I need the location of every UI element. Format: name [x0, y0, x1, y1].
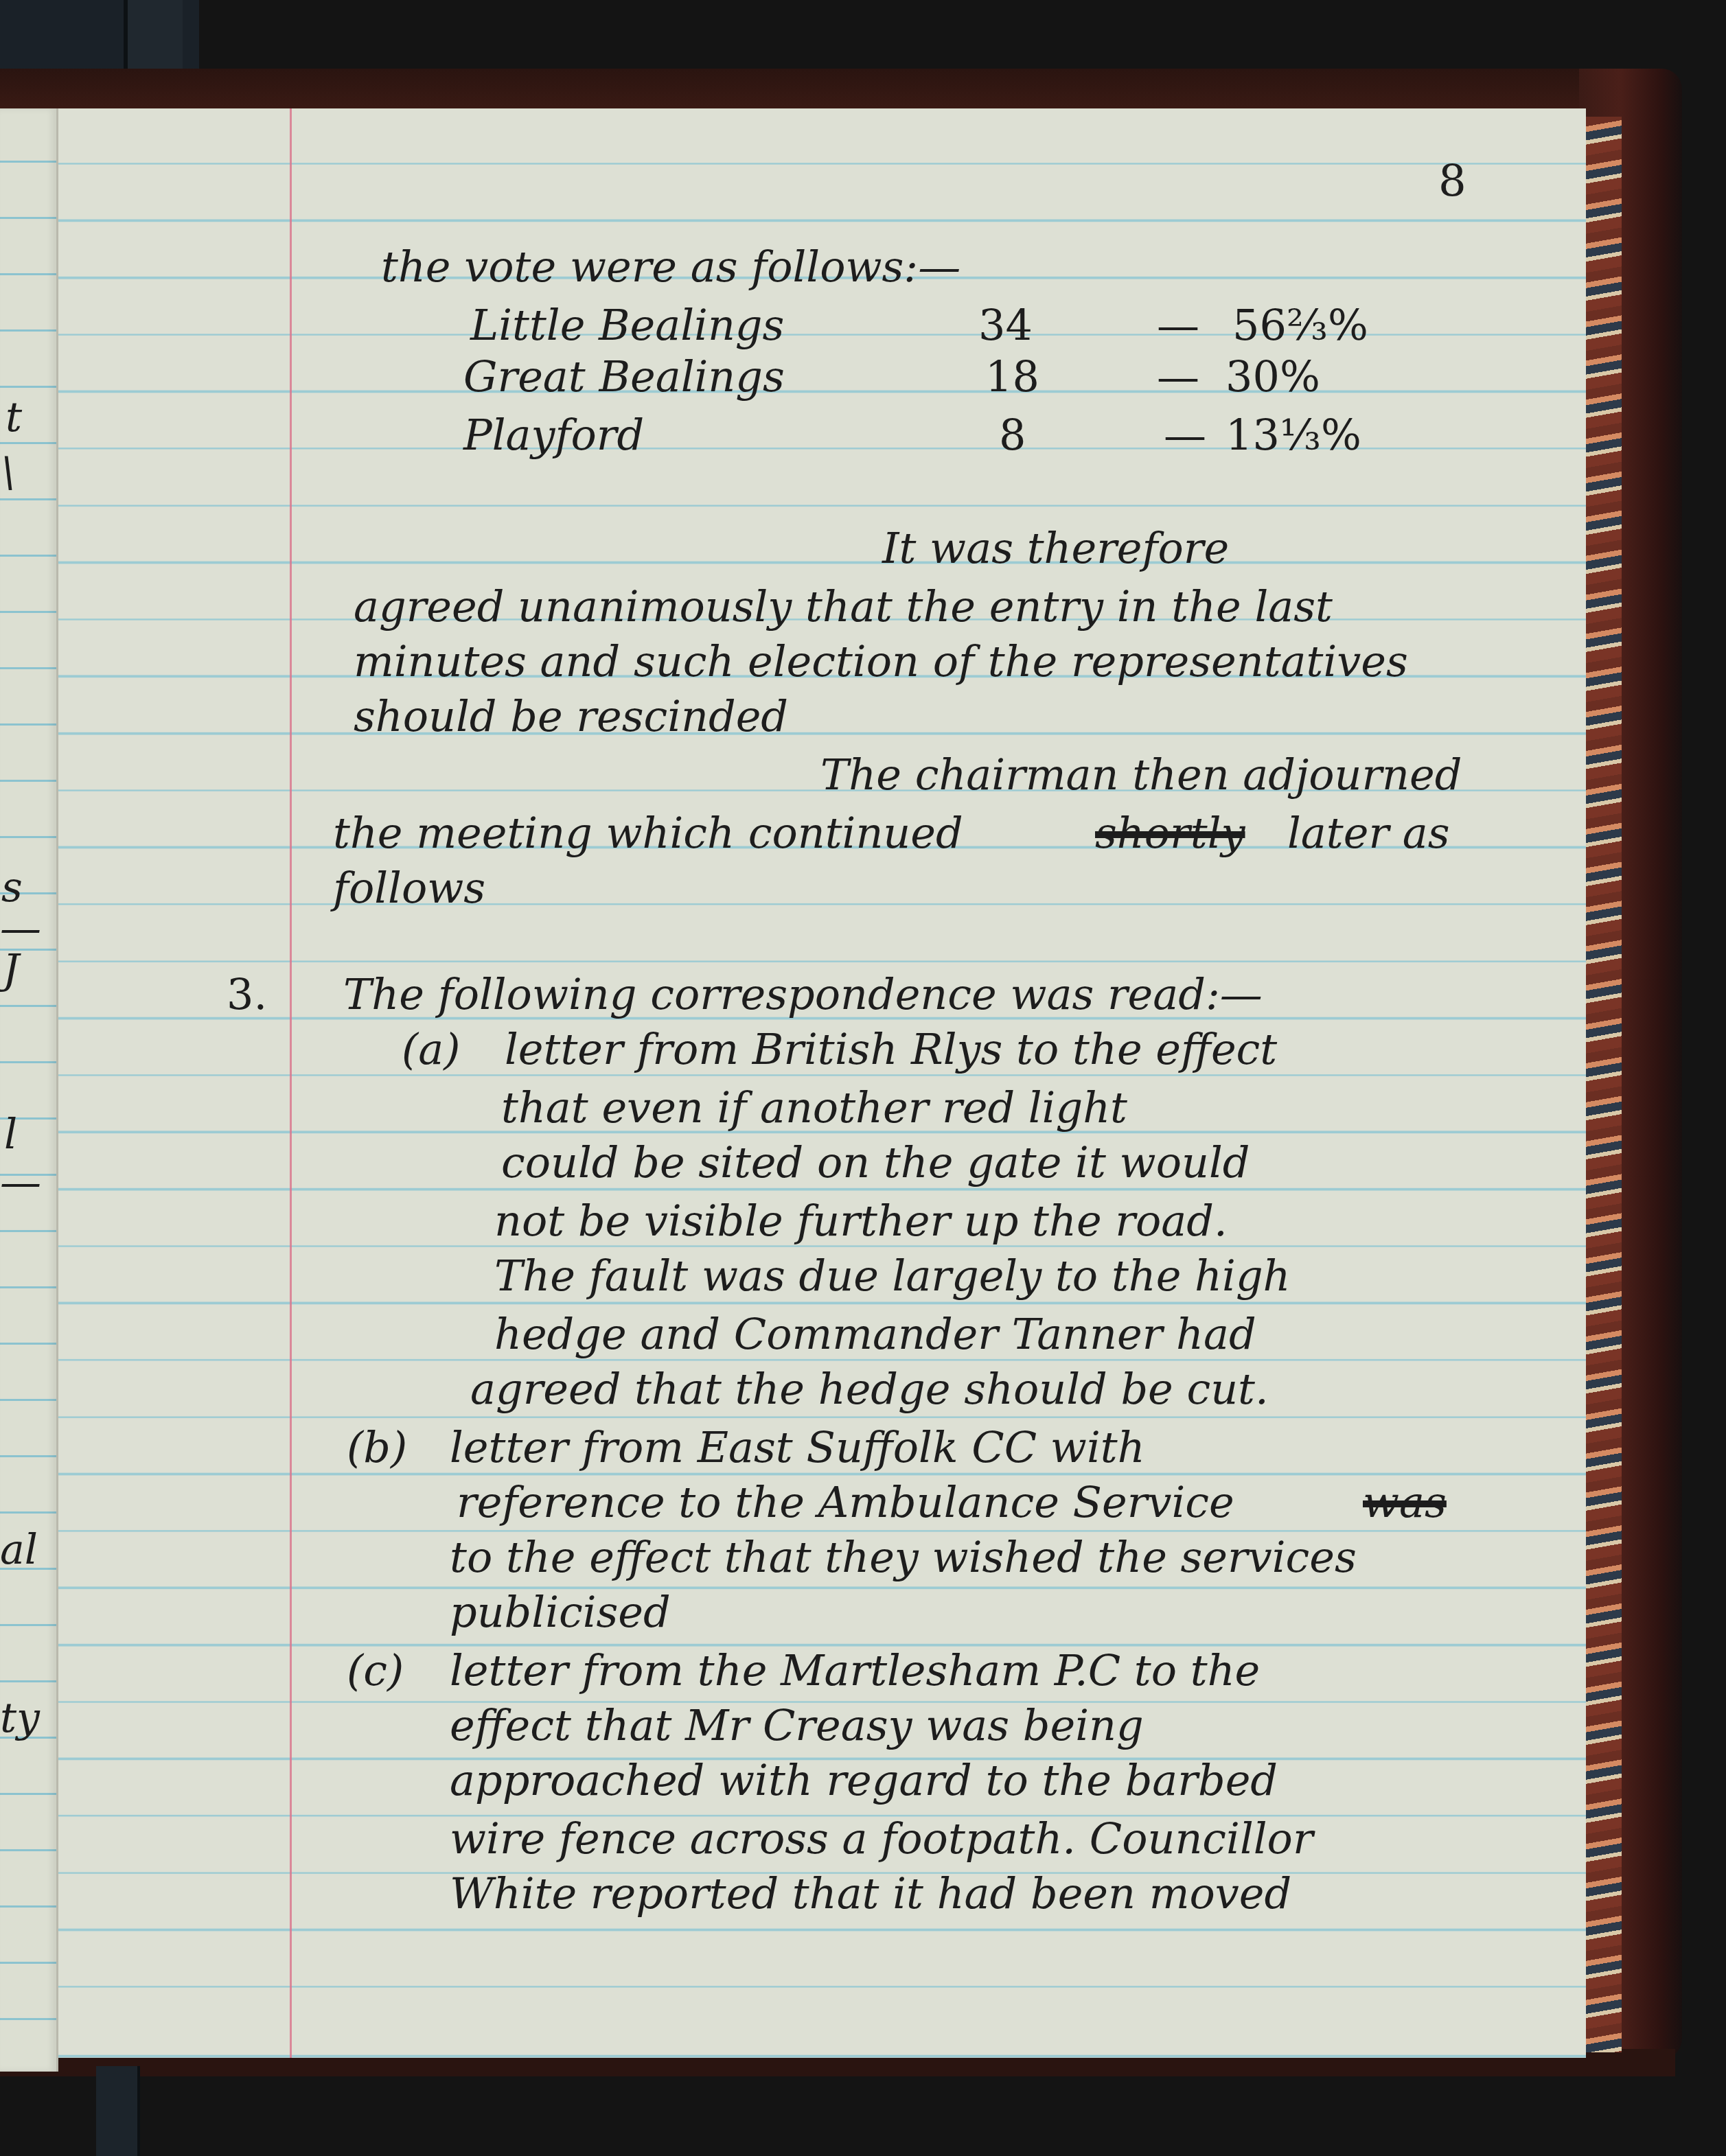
- adjournment-line: later as: [1287, 812, 1450, 855]
- letter-line: effect that Mr Creasy was being: [450, 1704, 1144, 1747]
- letter-line: White reported that it had been moved: [450, 1873, 1291, 1915]
- red-margin-line: [290, 108, 292, 2058]
- letter-line: that even if another red light: [501, 1087, 1127, 1129]
- letter-line: letter from the Martlesham P.C to the: [450, 1649, 1260, 1692]
- vote-percent: 56⅔%: [1232, 304, 1368, 347]
- letter-line: approached with regard to the barbed: [450, 1759, 1278, 1802]
- spine-strap-bottom: [96, 2066, 140, 2156]
- left-page-fragment: \: [1, 452, 15, 493]
- vote-place: Little Bealings: [470, 304, 784, 347]
- letter-line: hedge and Commander Tanner had: [494, 1313, 1256, 1356]
- item-number: 3.: [227, 973, 267, 1016]
- adjournment-line: The chairman then adjourned: [820, 754, 1462, 796]
- vote-dash: —: [1164, 414, 1206, 456]
- book-cover-top: [0, 69, 1600, 110]
- resolution-line: It was therefore: [882, 527, 1229, 570]
- left-page-fragment: s: [1, 867, 23, 908]
- vote-percent: 13⅓%: [1226, 414, 1361, 456]
- vote-intro: the vote were as follows:—: [381, 246, 960, 288]
- left-page-fragment: al: [0, 1529, 38, 1570]
- vote-place: Playford: [463, 414, 644, 456]
- subitem-label: (c): [347, 1649, 404, 1692]
- vote-dash: —: [1157, 356, 1199, 398]
- resolution-line: minutes and such election of the represe…: [354, 640, 1408, 683]
- left-page-fragment: t: [5, 397, 22, 438]
- struck-out-word: was: [1363, 1481, 1447, 1524]
- adjournment-line: follows: [333, 867, 485, 909]
- letter-line: not be visible further up the road.: [494, 1200, 1228, 1242]
- left-page-fragment: —: [0, 1162, 41, 1203]
- letter-line: reference to the Ambulance Service: [457, 1481, 1234, 1524]
- left-page-fragment: J: [3, 949, 19, 990]
- letter-line: The fault was due largely to the high: [494, 1255, 1291, 1297]
- marbled-page-edge: [1585, 117, 1622, 2052]
- subitem-label: (a): [402, 1028, 460, 1071]
- letter-line: publicised: [450, 1591, 671, 1634]
- subitem-label: (b): [347, 1426, 407, 1469]
- notebook-page: 8 the vote were as follows:— Little Beal…: [58, 108, 1586, 2058]
- resolution-line: agreed unanimously that the entry in the…: [354, 586, 1333, 628]
- vote-count: 34: [978, 304, 1033, 347]
- letter-line: letter from British Rlys to the effect: [505, 1028, 1277, 1071]
- page-number: 8: [1438, 157, 1466, 207]
- left-page: t \ s — J l — al ty: [0, 108, 58, 2072]
- letter-line: letter from East Suffolk CC with: [450, 1426, 1145, 1469]
- resolution-line: should be rescinded: [354, 695, 788, 738]
- letter-line: to the effect that they wished the servi…: [450, 1536, 1357, 1579]
- letter-line: could be sited on the gate it would: [501, 1141, 1250, 1184]
- left-page-fragment: ty: [0, 1697, 40, 1739]
- left-page-fragment: l: [4, 1114, 17, 1155]
- adjournment-line: the meeting which continued: [333, 812, 963, 855]
- item-heading: The following correspondence was read:—: [343, 973, 1263, 1016]
- letter-line: agreed that the hedge should be cut.: [470, 1368, 1269, 1411]
- vote-place: Great Bealings: [463, 356, 785, 398]
- vote-percent: 30%: [1226, 356, 1320, 398]
- vote-dash: —: [1157, 304, 1199, 347]
- vote-count: 8: [999, 414, 1026, 456]
- left-page-fragment: —: [0, 908, 41, 949]
- letter-line: wire fence across a footpath. Councillor: [450, 1818, 1313, 1860]
- vote-count: 18: [985, 356, 1039, 398]
- struck-out-word: shortly: [1095, 812, 1245, 855]
